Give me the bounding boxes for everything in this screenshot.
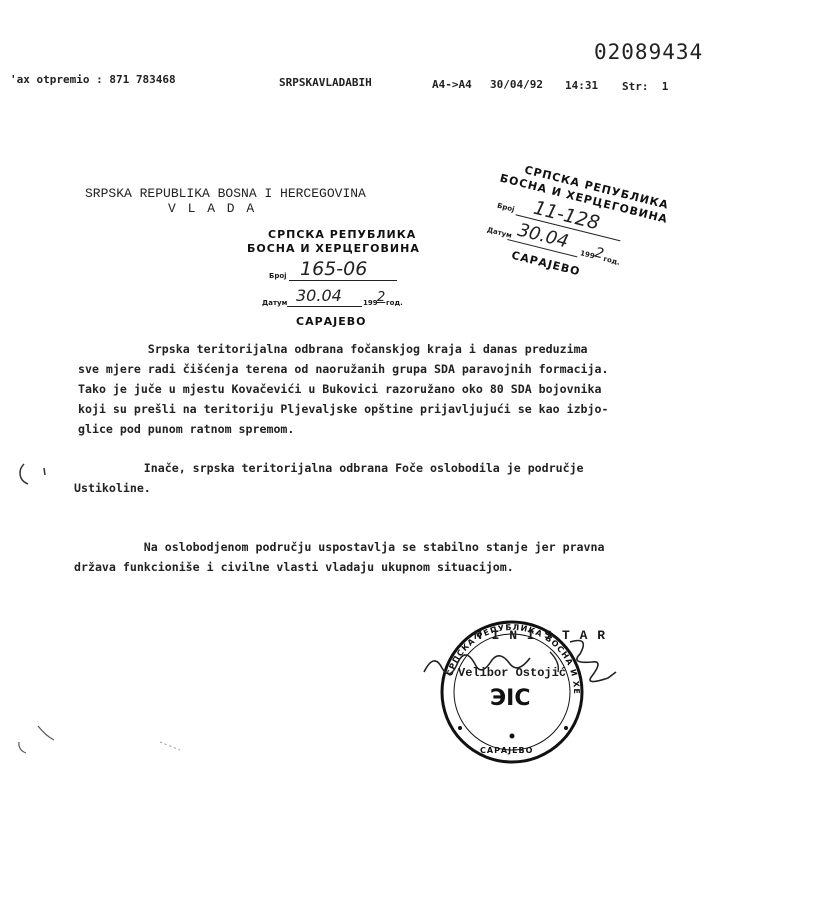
body-line: Tako je juče u mjestu Kovačevići u Bukov…	[78, 379, 608, 399]
stamp-left-line1: СРПСКА РЕПУБЛИКА	[268, 228, 416, 241]
stamp-left-broj-value: 165-06	[300, 258, 367, 280]
scan-artifact-marks	[10, 720, 210, 780]
stamp-left-year-label: год.	[386, 299, 403, 307]
letterhead-line2: V L A D A	[168, 201, 256, 216]
stamp-left-year-digit: 2	[377, 290, 385, 305]
registry-stamp-right: СРПСКА РЕПУБЛИКА БОСНА И ХЕРЦЕГОВИНА Бро…	[476, 158, 689, 320]
body-paragraph-3: Na oslobodjenom području uspostavlja se …	[74, 537, 604, 577]
stamp-left-datum-value: 30.04	[296, 286, 342, 305]
body-line: koji su prešli na teritoriju Pljevaljske…	[78, 399, 608, 419]
stamp-left-broj-label: Број	[269, 272, 287, 280]
letterhead-line1: SRPSKA REPUBLIKA BOSNA I HERCEGOVINA	[85, 186, 366, 201]
document-number: 02089434	[594, 40, 703, 64]
fax-format: A4->A4	[432, 78, 472, 91]
seal-city: САРАЈЕВО	[480, 746, 533, 755]
fax-page: Str: 1	[622, 80, 668, 93]
official-seal: СРПСКА РЕПУБЛИКА БОСНА И ХЕРЦЕГОВИНА M I…	[438, 618, 588, 768]
stamp-left-city: САРАЈЕВО	[296, 315, 367, 328]
body-line: Inače, srpska teritorijalna odbrana Foče…	[74, 458, 584, 478]
body-line: glice pod punom ratnom spremom.	[78, 419, 608, 439]
body-paragraph-2: Inače, srpska teritorijalna odbrana Foče…	[74, 458, 584, 498]
stamp-right-year-label: год.	[603, 255, 621, 267]
fax-time: 14:31	[565, 79, 598, 92]
body-line: Ustikoline.	[74, 478, 584, 498]
stamp-left-year-prefix: 199	[363, 299, 378, 307]
fax-date: 30/04/92	[490, 78, 543, 91]
body-line: Srpska teritorijalna odbrana fočanskjog …	[78, 339, 608, 359]
body-line: sve mjere radi čišćenja terena od naoruž…	[78, 359, 608, 379]
fax-sender: 'ax otpremio : 871 783468	[10, 73, 176, 86]
stamp-left-datum-label: Датум	[262, 299, 287, 307]
body-line: država funkcioniše i civilne vlasti vlad…	[74, 557, 604, 577]
body-line: Na oslobodjenom području uspostavlja se …	[74, 537, 604, 557]
stamp-left-line2: БОСНА И ХЕРЦЕГОВИНА	[247, 242, 420, 255]
fax-station: SRPSKAVLADABIH	[279, 76, 372, 89]
body-paragraph-1: Srpska teritorijalna odbrana fočanskjog …	[78, 339, 608, 439]
margin-bracket-mark	[14, 460, 54, 490]
handwritten-signature	[420, 632, 630, 692]
stamp-right-broj-label: Број	[496, 202, 515, 214]
